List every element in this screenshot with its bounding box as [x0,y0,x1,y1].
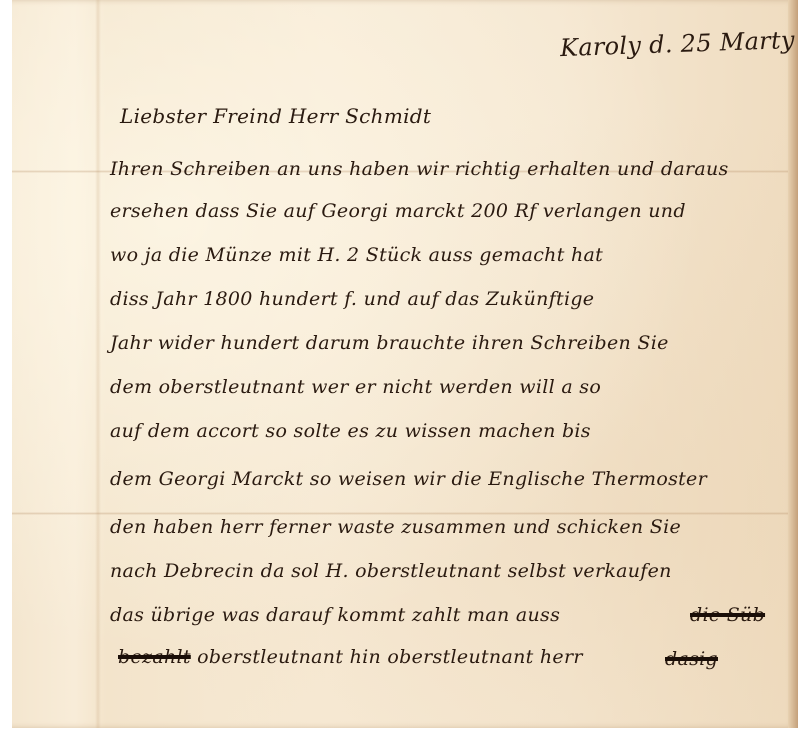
letter-line: Ihren Schreiben an uns haben wir richtig… [110,158,729,180]
letter-line: dem oberstleutnant wer er nicht werden w… [110,376,601,398]
letter-line: bezahlt oberstleutnant hin oberstleutnan… [118,646,583,668]
letter-line: das übrige was darauf kommt zahlt man au… [110,604,560,626]
line-text: oberstleutnant hin oberstleutnant herr [197,646,583,668]
letter-line: auf dem accort so solte es zu wissen mac… [110,420,591,442]
letter-line: dem Georgi Marckt so weisen wir die Engl… [110,468,707,490]
paper-fold-vertical [95,0,101,728]
paper-fold-horizontal [12,512,798,515]
letter-line: diss Jahr 1800 hundert f. und auf das Zu… [110,288,594,310]
letter-line: Jahr wider hundert darum brauchte ihren … [110,332,669,354]
letter-line: den haben herr ferner waste zusammen und… [110,516,681,538]
paper-edge [788,0,798,728]
letter-line: ersehen dass Sie auf Georgi marckt 200 R… [110,200,686,222]
salutation: Liebster Freind Herr Schmidt [120,104,431,128]
struck-word: dasig [665,648,718,670]
struck-word: bezahlt [118,646,191,668]
letter-line: nach Debrecin da sol H. oberstleutnant s… [110,560,672,582]
struck-word: die Süb [690,604,765,626]
letter-line: wo ja die Münze mit H. 2 Stück auss gema… [110,244,603,266]
